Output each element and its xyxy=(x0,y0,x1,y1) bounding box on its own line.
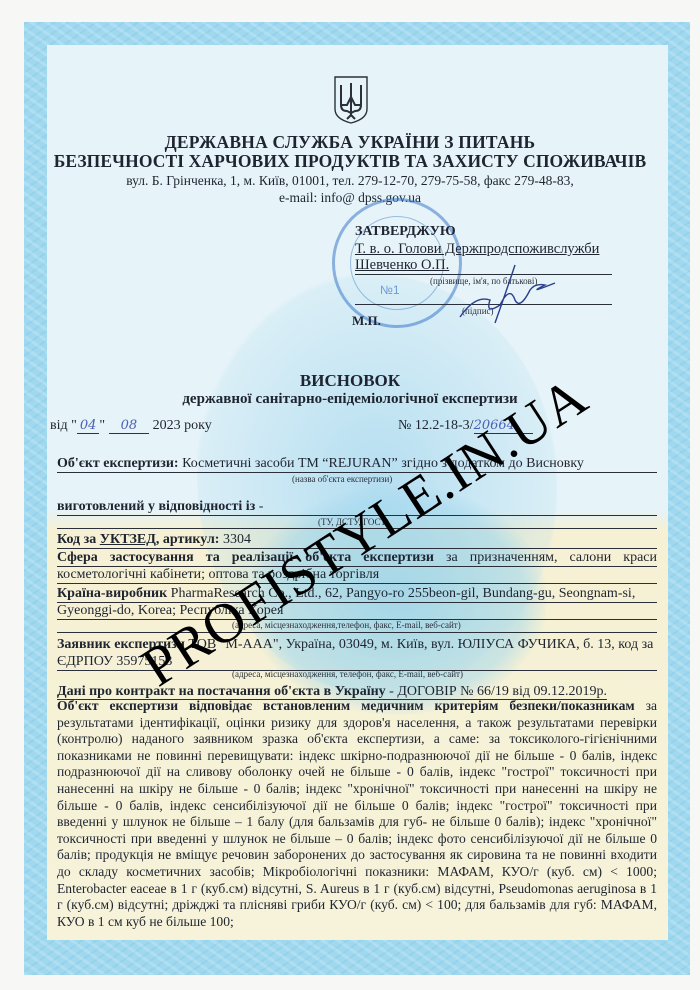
code-label-article: , артикул: xyxy=(156,532,220,547)
date-prefix: від " xyxy=(50,418,77,433)
object-caption: (назва об'єкта експертизи) xyxy=(292,474,392,484)
code-label-uktzed: УКТЗЕД xyxy=(100,532,156,547)
date-mid: " xyxy=(99,418,108,433)
object-field: Об'єкт експертизи: Косметичні засоби ТМ … xyxy=(57,455,657,472)
conclusion-body: за результатами ідентифікації, оцінки ри… xyxy=(57,698,657,929)
agency-name-line2: БЕЗПЕЧНОСТІ ХАРЧОВИХ ПРОДУКТІВ ТА ЗАХИСТ… xyxy=(0,151,700,172)
country-label: Країна-виробник xyxy=(57,586,167,601)
agency-name-line1: ДЕРЖАВНА СЛУЖБА УКРАЇНИ З ПИТАНЬ xyxy=(0,132,700,153)
made-label: виготовлений у відповідності із xyxy=(57,499,255,514)
agency-address: вул. Б. Грінченка, 1, м. Київ, 01001, те… xyxy=(0,173,700,189)
made-value: - xyxy=(255,499,263,514)
trident-coat-of-arms-icon xyxy=(333,75,369,125)
seal-label: М.П. xyxy=(352,313,381,329)
rule xyxy=(57,472,657,473)
rule xyxy=(57,583,657,584)
date-day: 04 xyxy=(77,418,100,434)
rule xyxy=(57,632,657,633)
document-content: ДЕРЖАВНА СЛУЖБА УКРАЇНИ З ПИТАНЬ БЕЗПЕЧН… xyxy=(0,0,700,990)
object-label: Об'єкт експертизи: xyxy=(57,456,179,471)
date-month: 08 xyxy=(109,418,150,434)
approver-name: Шевченко О.П. xyxy=(355,257,449,274)
date-year: 2023 року xyxy=(149,418,212,433)
conclusion-text: Об'єкт експертизи відповідає встановлени… xyxy=(57,698,657,930)
contract-value: - ДОГОВІР № 66/19 від 09.12.2019р. xyxy=(386,684,607,699)
code-label: Код за xyxy=(57,532,100,547)
code-value: 3304 xyxy=(219,532,251,547)
issue-date: від "04" 08 2023 року xyxy=(50,418,212,434)
approval-label: ЗАТВЕРДЖУЮ xyxy=(355,224,456,240)
stamp-number: №1 xyxy=(380,283,400,297)
applicant-caption: (адреса, місцезнаходження, телефон, факс… xyxy=(232,669,463,679)
rule xyxy=(57,602,657,603)
agency-email: e-mail: info@ dpss.gov.ua xyxy=(0,190,700,206)
signature-icon xyxy=(455,255,565,325)
